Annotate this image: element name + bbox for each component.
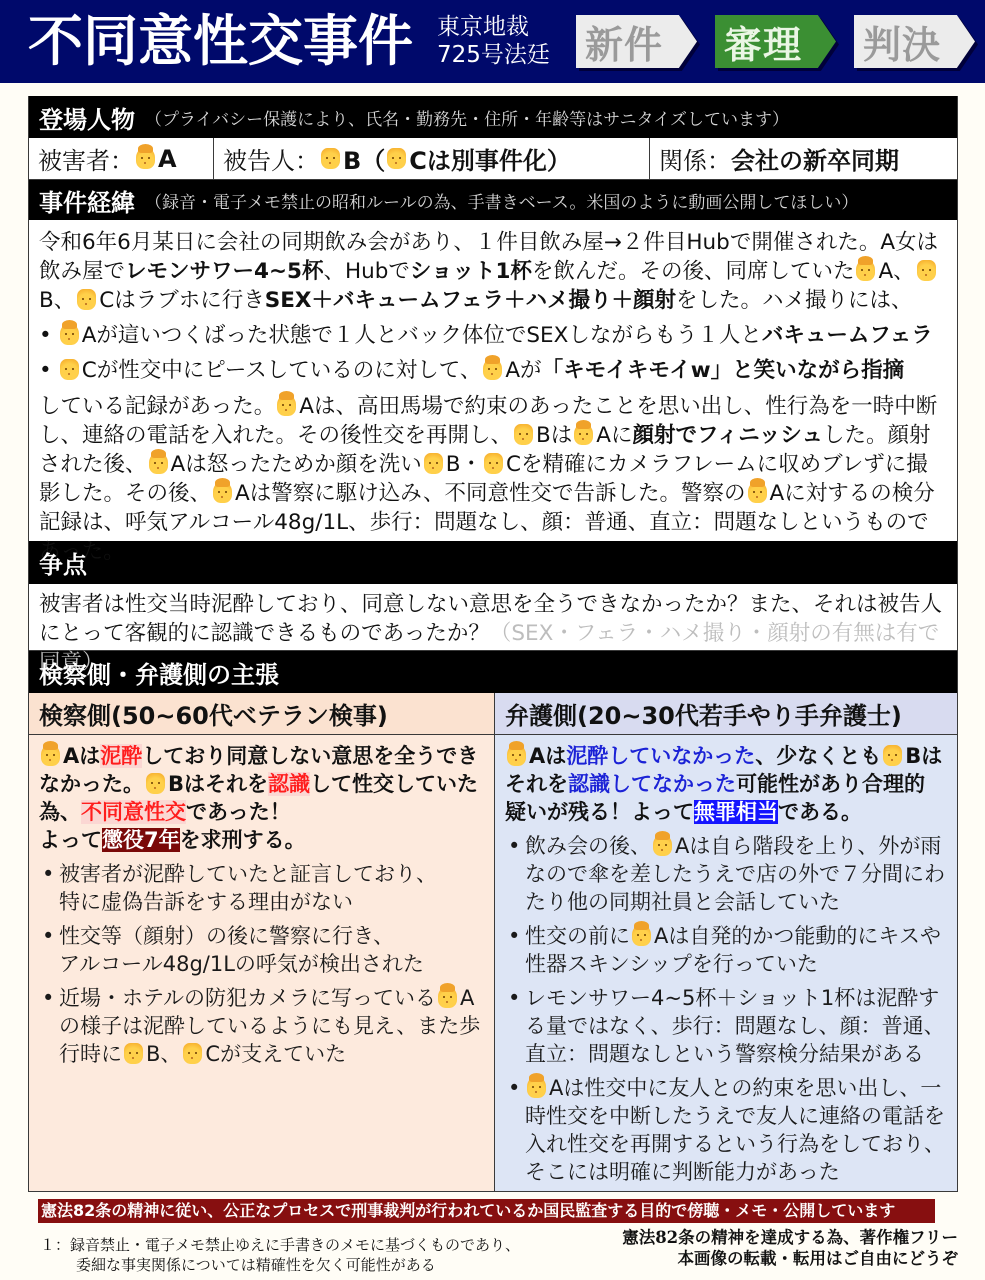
text-segment: SEX＋バキュームフェラ＋ハメ撮り＋顔射: [265, 288, 676, 313]
woman-face-icon: [213, 482, 232, 503]
text-segment: A、: [878, 259, 914, 284]
text-segment: を飲んだ。その後、同席していた: [532, 259, 855, 284]
section-note: （プライバシー保護により、氏名・勤務先・住所・年齢等はサニタイズしています）: [145, 105, 789, 130]
text-segment: 特に虚偽告訴をする理由がない: [59, 890, 353, 914]
narrative-continuation: している記録があった。Aは、高田馬場で約束のあったことを思い出し、性行為を一時中…: [39, 392, 947, 566]
text-segment: アルコール48g/1Lの呼気が検出された: [59, 952, 424, 976]
text-segment: B、: [39, 288, 75, 313]
woman-face-icon: [149, 453, 168, 474]
text-segment: 認識: [268, 772, 310, 796]
prosecution-body: Aは泥酔しており同意しない意思を全うできなかった。Bはそれを認識して性交していた…: [29, 735, 494, 1192]
text-segment: 泥酔していなかった: [566, 744, 755, 768]
text-segment: A: [158, 145, 177, 173]
stage-trial-label: 審理: [715, 15, 836, 68]
text-segment: である。: [778, 800, 862, 824]
defense-title: 弁護側(20~30代若手やり手弁護士): [495, 693, 957, 735]
text-segment: レモンサワー4~5杯＋ショット1杯は泥酔する量ではなく、歩行：問題なし、顔：普通…: [525, 986, 945, 1066]
text-segment: であった！: [186, 800, 291, 824]
man-face-icon: [514, 424, 533, 445]
text-segment: Cが性交中にピースしているのに対して、: [82, 358, 482, 383]
text-segment: 認識してなかった: [568, 772, 736, 796]
section-title: 事件経緯: [39, 183, 135, 218]
arguments-columns: 検察側(50~60代ベテラン検事) Aは泥酔しており同意しない意思を全うできなか…: [29, 693, 957, 1192]
man-face-icon: [424, 453, 443, 474]
text-segment: Aは性交中に友人との約束を思い出し、一時性交を中断したうえで友人に連絡の電話を入…: [525, 1076, 945, 1184]
issue-text: 被害者は性交当時泥酔しており、同意しない意思を全うできなかったか？また、それは被…: [29, 584, 957, 651]
constitution-banner: 憲法82条の精神に従い、公正なプロセスで刑事裁判が行われているか国民監査する目的…: [38, 1199, 935, 1223]
footnote-line: 委細な事実関係については精確性を欠く可能性がある: [40, 1255, 520, 1275]
case-narrative: 令和6年6月某日に会社の同期飲み会があり、１件目飲み屋→２件目Hubで開催された…: [29, 220, 957, 541]
woman-face-icon: [856, 260, 875, 281]
narrative-intro: 令和6年6月某日に会社の同期飲み会があり、１件目飲み屋→２件目Hubで開催された…: [39, 228, 947, 315]
defendant-cell: 被告人：B（Cは別事件化）: [214, 138, 650, 179]
text-segment: ショット1杯: [410, 259, 532, 284]
man-face-icon: [883, 745, 902, 766]
man-face-icon: [146, 773, 165, 794]
footnote-line: １：録音禁止・電子メモ禁止ゆえに手書きのメモに基づくものであり、: [40, 1235, 520, 1255]
prosecution-title: 検察側(50~60代ベテラン検事): [29, 693, 494, 735]
list-item: 性交の前にAは自発的かつ能動的にキスや性器スキンシップを行っていた: [505, 922, 945, 978]
text-segment: 性交等（顔射）の後に警察に行き、: [59, 924, 394, 948]
text-segment: 被告人：: [223, 141, 319, 176]
text-segment: 近場・ホテルの防犯カメラに写っている: [59, 986, 436, 1010]
text-segment: している記録があった。: [39, 394, 275, 419]
case-summary-table: 登場人物 （プライバシー保護により、氏名・勤務先・住所・年齢等はサニタイズしてい…: [28, 96, 958, 1192]
man-face-icon: [60, 359, 79, 380]
text-segment: 泥酔: [100, 744, 142, 768]
section-header-arguments: 検察側・弁護側の主張: [29, 651, 957, 693]
woman-face-icon: [483, 359, 502, 380]
court-info: 東京地裁 725号法廷: [437, 13, 550, 69]
text-segment: 被害者：: [38, 141, 134, 176]
text-segment: Aは怒ったためか顔を洗い: [171, 452, 422, 477]
woman-face-icon: [748, 482, 767, 503]
footnote: １：録音禁止・電子メモ禁止ゆえに手書きのメモに基づくものであり、 委細な事実関係…: [40, 1235, 520, 1275]
section-title: 争点: [39, 545, 87, 580]
stage-verdict-label: 判決: [854, 15, 975, 68]
text-segment: Aが: [505, 358, 541, 383]
license-line: 憲法82条の精神を達成する為、著作権フリー: [622, 1227, 958, 1248]
text-segment: 被害者が泥酔していたと証言しており、: [59, 862, 437, 886]
defense-body: Aは泥酔していなかった、少なくともBはそれを認識してなかった可能性があり合理的疑…: [495, 735, 957, 1192]
prosecution-claim: Aは泥酔しており同意しない意思を全うできなかった。Bはそれを認識して性交していた…: [39, 742, 482, 854]
man-face-icon: [321, 148, 340, 169]
text-segment: を求刑する。: [180, 828, 306, 852]
victim-cell: 被害者：A: [29, 138, 214, 179]
section-header-background: 事件経緯 （録音・電子メモ禁止の昭和ルールの為、手書きベース。米国のように動画公…: [29, 180, 957, 220]
prosecution-column: 検察側(50~60代ベテラン検事) Aは泥酔しており同意しない意思を全うできなか…: [29, 693, 494, 1192]
man-face-icon: [484, 453, 503, 474]
defense-points: 飲み会の後、Aは自ら階段を上り、外が雨なので傘を差したうえで店の外で７分間にわた…: [505, 832, 945, 1186]
text-segment: 無罪相当: [694, 800, 778, 824]
text-segment: レモンサワー4~5杯: [125, 259, 323, 284]
woman-face-icon: [438, 987, 457, 1008]
license-notice: 憲法82条の精神を達成する為、著作権フリー 本画像の転載・転用はご自由にどうぞ: [622, 1227, 958, 1269]
text-segment: B・: [446, 452, 482, 477]
section-header-issue: 争点: [29, 541, 957, 584]
woman-face-icon: [41, 745, 60, 766]
stage-verdict: 判決: [854, 15, 975, 68]
woman-face-icon: [574, 424, 593, 445]
list-item: 性交等（顔射）の後に警察に行き、アルコール48g/1Lの呼気が検出された: [39, 922, 482, 978]
text-segment: Bは: [536, 423, 572, 448]
woman-face-icon: [60, 324, 79, 345]
list-item: 飲み会の後、Aは自ら階段を上り、外が雨なので傘を差したうえで店の外で７分間にわた…: [505, 832, 945, 916]
text-segment: Bはそれを: [168, 772, 268, 796]
list-item: 近場・ホテルの防犯カメラに写っているAの様子は泥酔しているようにも見え、また歩行…: [39, 984, 482, 1068]
woman-face-icon: [507, 745, 526, 766]
stage-trial: 審理: [715, 15, 836, 68]
text-segment: 「キモイキモイw」と笑いながら指摘: [542, 358, 905, 383]
woman-face-icon: [632, 925, 651, 946]
text-segment: Aは: [529, 744, 566, 768]
text-segment: Aは警察に駆け込み、不同意性交で告訴した。警察の: [235, 481, 746, 506]
license-line: 本画像の転載・転用はご自由にどうぞ: [622, 1248, 958, 1269]
court-name: 東京地裁: [437, 13, 550, 41]
woman-face-icon: [136, 148, 155, 169]
defense-column: 弁護側(20~30代若手やり手弁護士) Aは泥酔していなかった、少なくともBはそ…: [494, 693, 957, 1192]
man-face-icon: [917, 260, 936, 281]
man-face-icon: [77, 289, 96, 310]
text-segment: B、: [146, 1042, 181, 1066]
text-segment: 不同意性交: [81, 800, 186, 824]
courtroom-number: 725号法廷: [437, 41, 550, 69]
text-segment: 飲み会の後、: [525, 834, 651, 858]
text-segment: 性交の前に: [525, 924, 630, 948]
text-segment: B（: [343, 141, 385, 176]
defense-claim: Aは泥酔していなかった、少なくともBはそれを認識してなかった可能性があり合理的疑…: [505, 742, 945, 826]
text-segment: Aに: [596, 423, 632, 448]
text-segment: Cはラブホに行き: [99, 288, 265, 313]
section-note: （録音・電子メモ禁止の昭和ルールの為、手書きベース。米国のように動画公開してほし…: [145, 188, 858, 213]
text-segment: 、Hubで: [323, 259, 409, 284]
list-item: Aは性交中に友人との約束を思い出し、一時性交を中断したうえで友人に連絡の電話を入…: [505, 1074, 945, 1186]
man-face-icon: [387, 148, 406, 169]
prosecution-points: 被害者が泥酔していたと証言しており、特に虚偽告訴をする理由がない 性交等（顔射）…: [39, 860, 482, 1068]
text-segment: Aが這いつくばった状態で１人とバック体位でSEXしながらもう１人と: [82, 323, 762, 348]
list-item: 被害者が泥酔していたと証言しており、特に虚偽告訴をする理由がない: [39, 860, 482, 916]
woman-face-icon: [527, 1077, 546, 1098]
narrative-bullet: Aが這いつくばった状態で１人とバック体位でSEXしながらもう１人とバキュームフェ…: [39, 321, 947, 350]
list-item: レモンサワー4~5杯＋ショット1杯は泥酔する量ではなく、歩行：問題なし、顔：普通…: [505, 984, 945, 1068]
page-header: 不同意性交事件 東京地裁 725号法廷 新件 審理 判決: [0, 0, 985, 83]
narrative-bullet: Cが性交中にピースしているのに対して、Aが「キモイキモイw」と笑いながら指摘: [39, 356, 947, 385]
stage-new-case-label: 新件: [576, 15, 697, 68]
stage-new-case: 新件: [576, 15, 697, 68]
man-face-icon: [183, 1043, 202, 1064]
text-segment: よって: [39, 828, 102, 852]
section-header-characters: 登場人物 （プライバシー保護により、氏名・勤務先・住所・年齢等はサニタイズしてい…: [29, 96, 957, 138]
woman-face-icon: [653, 835, 672, 856]
text-segment: Cが支えていた: [205, 1042, 346, 1066]
section-title: 登場人物: [39, 100, 135, 135]
section-title: 検察側・弁護側の主張: [39, 655, 279, 690]
relation-cell: 関係：会社の新卒同期: [650, 138, 957, 179]
characters-row: 被害者：A 被告人：B（Cは別事件化） 関係：会社の新卒同期: [29, 138, 957, 180]
text-segment: をした。ハメ撮りには、: [676, 288, 913, 313]
text-segment: Cは別事件化）: [409, 141, 571, 176]
man-face-icon: [124, 1043, 143, 1064]
case-title: 不同意性交事件: [28, 7, 413, 75]
text-segment: 顔射でフィニッシュ: [632, 423, 823, 448]
woman-face-icon: [277, 395, 296, 416]
text-segment: 関係：: [659, 141, 731, 176]
text-segment: 懲役7年: [102, 828, 180, 852]
text-segment: 会社の新卒同期: [731, 141, 899, 176]
text-segment: バキュームフェラ: [762, 323, 933, 348]
text-segment: 、少なくとも: [755, 744, 881, 768]
text-segment: Aは: [63, 744, 100, 768]
